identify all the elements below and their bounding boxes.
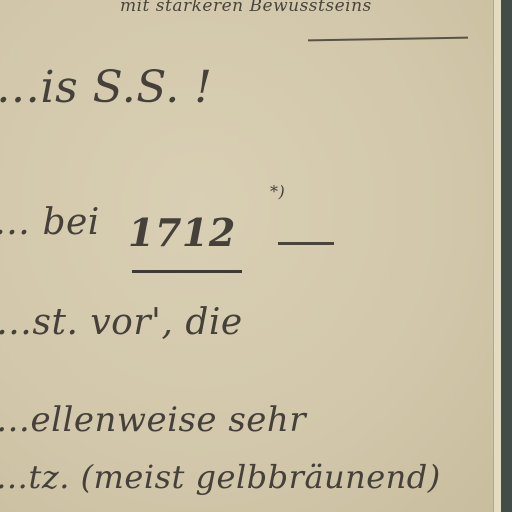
handwritten-line-5: …ellenweise sehr <box>0 400 306 440</box>
handwritten-line-4: …st. vor', die <box>0 302 243 343</box>
handwritten-line-1: mit starkeren Bewusstseins <box>120 0 372 16</box>
background-surface <box>501 0 512 512</box>
handwritten-line-6: …tz. (meist gelbbräunend) <box>0 458 441 496</box>
handwritten-line-2: …is S.S. ! <box>0 62 212 113</box>
footnote-marker: *) <box>270 182 285 201</box>
year-underline <box>132 270 242 273</box>
dash-stroke <box>278 242 334 245</box>
handwritten-year: 1712 <box>128 210 236 255</box>
underline-stroke <box>308 37 468 42</box>
handwritten-line-3: … bei <box>0 202 100 243</box>
manuscript-page: mit starkeren Bewusstseins …is S.S. ! … … <box>0 0 493 512</box>
